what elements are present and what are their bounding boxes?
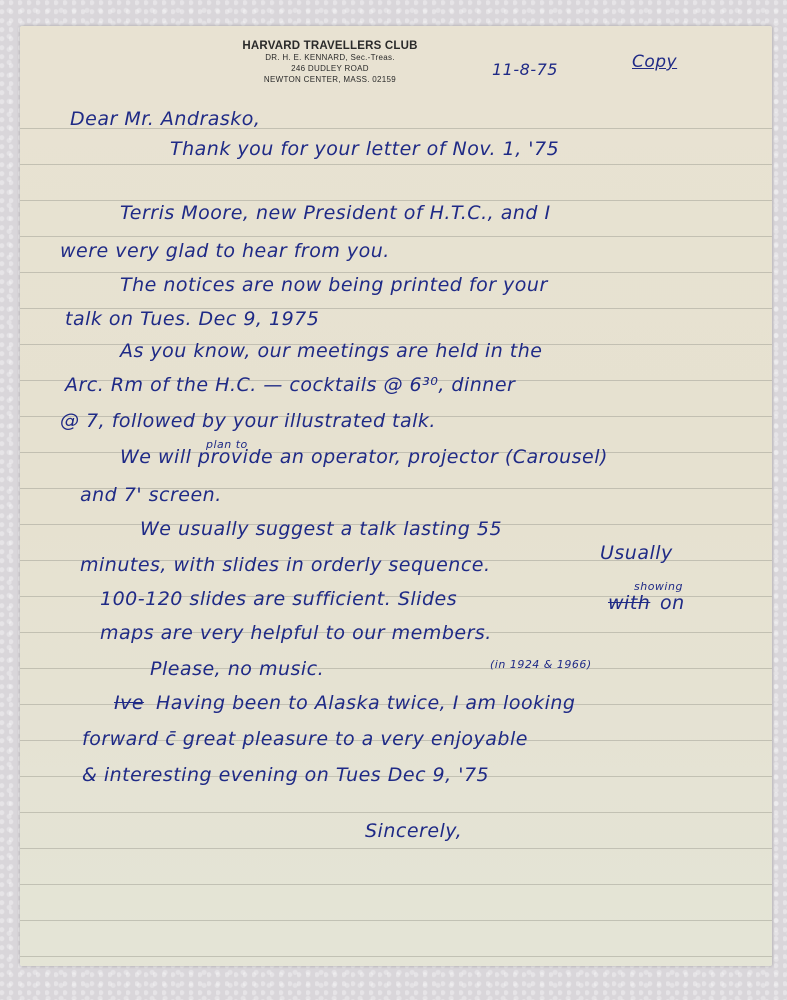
ruled-line (20, 236, 772, 237)
body-line-6: As you know, our meetings are held in th… (120, 340, 542, 362)
struck-word: with (608, 592, 650, 614)
ruled-line (20, 956, 772, 957)
struck-prefix: Ive (114, 692, 144, 714)
closing: Sincerely, (365, 820, 462, 842)
body-line-18: & interesting evening on Tues Dec 9, '75 (82, 764, 489, 786)
body-line-4: The notices are now being printed for yo… (120, 274, 548, 296)
salutation: Dear Mr. Andrasko, (70, 108, 260, 130)
body-line-1: Thank you for your letter of Nov. 1, '75 (170, 138, 559, 160)
body-line-9: We will provide an operator, projector (… (120, 446, 608, 468)
body-line-11: We usually suggest a talk lasting 55 (140, 518, 502, 540)
body-line-2: Terris Moore, new President of H.T.C., a… (120, 202, 551, 224)
body-line-14: maps are very helpful to our members. (100, 622, 492, 644)
insertion-on: on (660, 592, 685, 614)
body-line-13: 100-120 slides are sufficient. Slides (100, 588, 457, 610)
body-line-3: were very glad to hear from you. (60, 240, 390, 262)
insertion-years-note: (in 1924 & 1966) (490, 658, 592, 671)
body-line-16: Having been to Alaska twice, I am lookin… (156, 692, 575, 714)
copy-mark: Copy (632, 52, 677, 72)
body-line-12: minutes, with slides in orderly sequence… (80, 554, 491, 576)
letterhead-officer: DR. H. E. KENNARD, Sec.-Treas. (230, 52, 430, 63)
ruled-line (20, 920, 772, 921)
body-line-7: Arc. Rm of the H.C. — cocktails @ 6³⁰, d… (65, 374, 515, 396)
ruled-line (20, 812, 772, 813)
insertion-usually: Usually (600, 542, 673, 564)
ruled-line (20, 848, 772, 849)
ruled-line (20, 164, 772, 165)
body-line-15: Please, no music. (150, 658, 324, 680)
ruled-line (20, 272, 772, 273)
body-line-17: forward c̄ great pleasure to a very enjo… (82, 728, 528, 750)
ruled-line (20, 668, 772, 669)
body-line-10: and 7' screen. (80, 484, 222, 506)
letter-page: HARVARD TRAVELLERS CLUB DR. H. E. KENNAR… (20, 26, 772, 966)
letter-date: 11-8-75 (492, 60, 558, 79)
letterhead-organization: HARVARD TRAVELLERS CLUB (230, 40, 430, 52)
body-line-8: @ 7, followed by your illustrated talk. (60, 410, 436, 432)
letterhead: HARVARD TRAVELLERS CLUB DR. H. E. KENNAR… (230, 40, 430, 85)
letterhead-city: NEWTON CENTER, MASS. 02159 (230, 74, 430, 85)
ruled-line (20, 200, 772, 201)
body-line-5: talk on Tues. Dec 9, 1975 (65, 308, 319, 330)
letterhead-street: 246 DUDLEY ROAD (230, 63, 430, 74)
ruled-line (20, 884, 772, 885)
